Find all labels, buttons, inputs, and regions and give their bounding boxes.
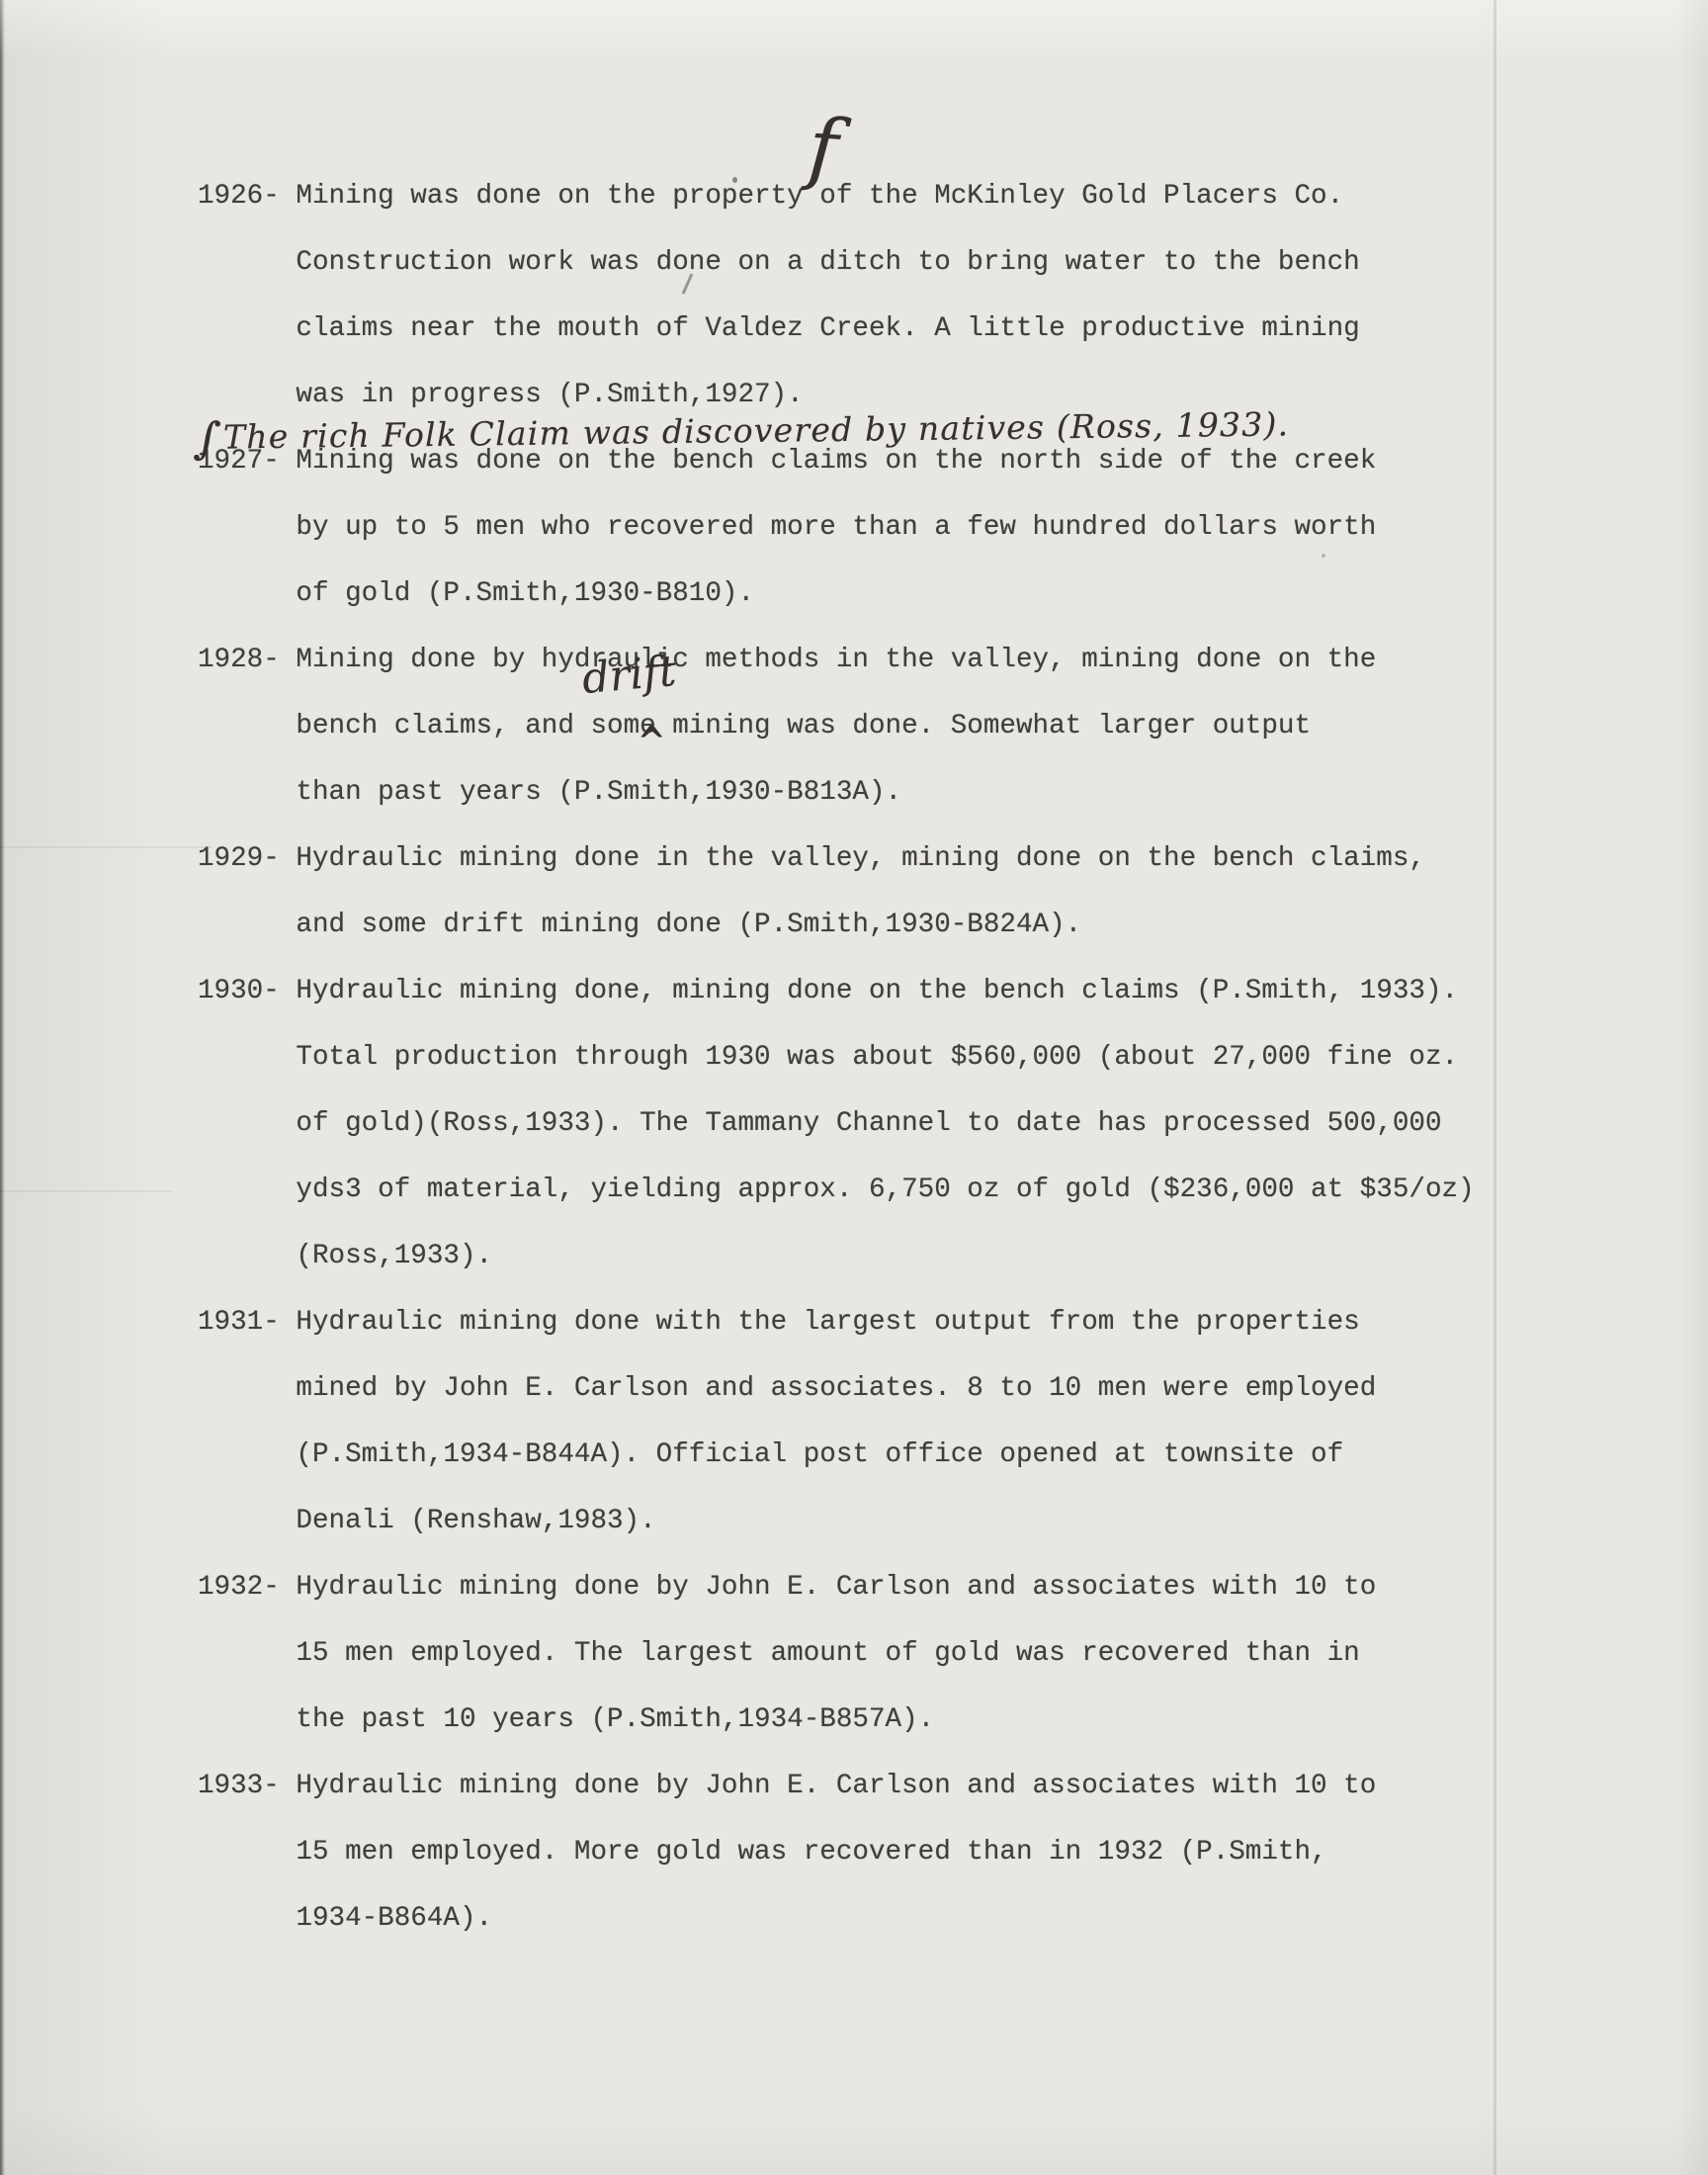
typed-line: Denali (Renshaw,1983). bbox=[198, 1505, 1475, 1571]
entry-1933: 1933-Hydraulic mining done by John E. Ca… bbox=[198, 1770, 1475, 1968]
entry-line-text: yds3 of material, yielding approx. 6,750… bbox=[296, 1174, 1474, 1205]
typed-line: the past 10 years (P.Smith,1934-B857A). bbox=[198, 1703, 1475, 1770]
horizontal-crease bbox=[0, 1190, 173, 1192]
paper-left-shading bbox=[0, 0, 168, 2175]
entry-line-text: Hydraulic mining done by John E. Carlson… bbox=[296, 1771, 1376, 1801]
horizontal-crease bbox=[0, 846, 213, 848]
entry-line-text: than past years (P.Smith,1930-B813A). bbox=[296, 777, 901, 808]
entry-year: 1932- bbox=[198, 1571, 296, 1605]
typed-line: Total production through 1930 was about … bbox=[198, 1041, 1475, 1107]
entry-line-text: 1934-B864A). bbox=[296, 1903, 492, 1934]
typed-line: 1929-Hydraulic mining done in the valley… bbox=[198, 842, 1475, 909]
entry-line-text: Construction work was done on a ditch to… bbox=[296, 247, 1359, 278]
entry-year: 1931- bbox=[198, 1306, 296, 1340]
entry-year: 1926- bbox=[198, 180, 296, 214]
paper-bottom-shading bbox=[0, 2106, 1708, 2175]
entry-line-text: Hydraulic mining done with the largest o… bbox=[296, 1307, 1359, 1338]
typed-line: 1930-Hydraulic mining done, mining done … bbox=[198, 975, 1475, 1041]
typed-line: claims near the mouth of Valdez Creek. A… bbox=[198, 312, 1475, 379]
typed-line: 1932-Hydraulic mining done by John E. Ca… bbox=[198, 1571, 1475, 1637]
typed-line: of gold (P.Smith,1930-B810). bbox=[198, 577, 1475, 644]
entry-line-text: bench claims, and some mining was done. … bbox=[296, 711, 1311, 741]
typed-line: than past years (P.Smith,1930-B813A). bbox=[198, 776, 1475, 842]
paper-top-highlight bbox=[0, 0, 1708, 59]
handwritten-caret: ^ bbox=[638, 721, 666, 765]
entry-1931: 1931-Hydraulic mining done with the larg… bbox=[198, 1306, 1475, 1571]
entry-line-text: Total production through 1930 was about … bbox=[296, 1042, 1458, 1073]
typed-line: 1926-Mining was done on the property of … bbox=[198, 180, 1475, 246]
scanned-typewritten-page: 1926-Mining was done on the property of … bbox=[0, 0, 1708, 2175]
typed-line: Construction work was done on a ditch to… bbox=[198, 246, 1475, 312]
typed-line: 1928-Mining done by hydraulic methods in… bbox=[198, 644, 1475, 710]
entry-line-text: Mining done by hydraulic methods in the … bbox=[296, 645, 1376, 675]
entry-line-text: 15 men employed. More gold was recovered… bbox=[296, 1837, 1326, 1868]
typed-line: by up to 5 men who recovered more than a… bbox=[198, 511, 1475, 577]
typed-line: 1933-Hydraulic mining done by John E. Ca… bbox=[198, 1770, 1475, 1836]
entry-1929: 1929-Hydraulic mining done in the valley… bbox=[198, 842, 1475, 975]
typed-line: 15 men employed. The largest amount of g… bbox=[198, 1637, 1475, 1703]
entry-line-text: the past 10 years (P.Smith,1934-B857A). bbox=[296, 1704, 934, 1735]
entry-line-text: claims near the mouth of Valdez Creek. A… bbox=[296, 313, 1359, 344]
typed-line: yds3 of material, yielding approx. 6,750… bbox=[198, 1174, 1475, 1240]
entry-line-text: Hydraulic mining done in the valley, min… bbox=[296, 843, 1425, 874]
entry-1927: 1927-Mining was done on the bench claims… bbox=[198, 445, 1475, 644]
paper-right-shading bbox=[1674, 0, 1708, 2175]
typed-line: bench claims, and some mining was done. … bbox=[198, 710, 1475, 776]
entry-line-text: (P.Smith,1934-B844A). Official post offi… bbox=[296, 1439, 1343, 1470]
entry-year: 1933- bbox=[198, 1770, 296, 1803]
typed-line: 15 men employed. More gold was recovered… bbox=[198, 1836, 1475, 1902]
entry-line-text: Denali (Renshaw,1983). bbox=[296, 1506, 655, 1536]
entry-line-text: (Ross,1933). bbox=[296, 1241, 492, 1271]
typed-line: and some drift mining done (P.Smith,1930… bbox=[198, 909, 1475, 975]
typed-line: 1934-B864A). bbox=[198, 1902, 1475, 1968]
entry-1932: 1932-Hydraulic mining done by John E. Ca… bbox=[198, 1571, 1475, 1770]
entry-line-text: and some drift mining done (P.Smith,1930… bbox=[296, 910, 1081, 940]
entry-line-text: 15 men employed. The largest amount of g… bbox=[296, 1638, 1359, 1669]
typed-line: of gold)(Ross,1933). The Tammany Channel… bbox=[198, 1107, 1475, 1174]
entry-line-text: of gold)(Ross,1933). The Tammany Channel… bbox=[296, 1108, 1441, 1139]
typed-line: 1931-Hydraulic mining done with the larg… bbox=[198, 1306, 1475, 1372]
typed-line: mined by John E. Carlson and associates.… bbox=[198, 1372, 1475, 1438]
entry-year: 1929- bbox=[198, 842, 296, 876]
entry-year: 1928- bbox=[198, 644, 296, 677]
entry-line-text: Hydraulic mining done by John E. Carlson… bbox=[296, 1572, 1376, 1603]
typed-line: (P.Smith,1934-B844A). Official post offi… bbox=[198, 1438, 1475, 1505]
entry-1930: 1930-Hydraulic mining done, mining done … bbox=[198, 975, 1475, 1306]
typed-line: (Ross,1933). bbox=[198, 1240, 1475, 1306]
entry-line-text: of gold (P.Smith,1930-B810). bbox=[296, 578, 754, 609]
handwritten-letter-correction: f bbox=[806, 108, 840, 189]
handwritten-drift-insertion: drift bbox=[580, 649, 678, 702]
entry-line-text: mined by John E. Carlson and associates.… bbox=[296, 1373, 1376, 1404]
entry-line-text: was in progress (P.Smith,1927). bbox=[296, 380, 803, 410]
entry-year: 1930- bbox=[198, 975, 296, 1008]
vertical-fold-crease bbox=[1494, 0, 1496, 2175]
entry-line-text: Hydraulic mining done, mining done on th… bbox=[296, 976, 1458, 1006]
entry-1928: 1928-Mining done by hydraulic methods in… bbox=[198, 644, 1475, 842]
entry-line-text: by up to 5 men who recovered more than a… bbox=[296, 512, 1376, 543]
